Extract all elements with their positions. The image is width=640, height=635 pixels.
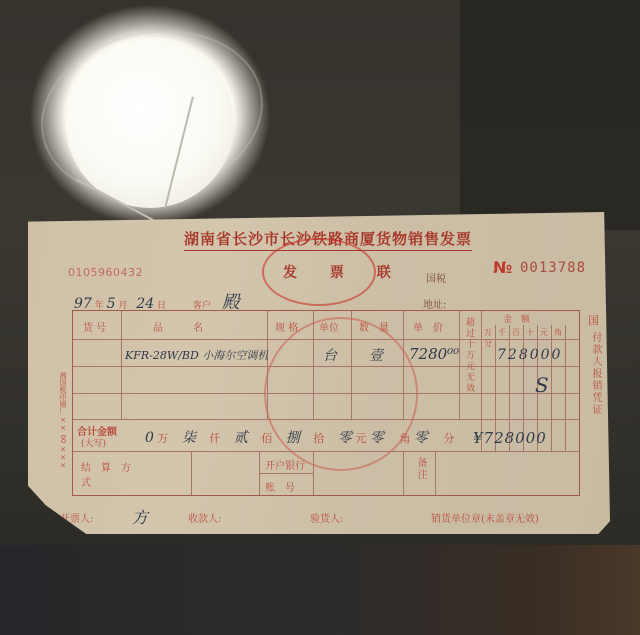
account-label: 账 号 [265, 479, 295, 494]
invoice-paper: 湖南省长沙市长沙铁路商厦货物销售发票 发 票 联 0105960432 国税 №… [28, 212, 610, 534]
amount-mark: S [535, 373, 549, 397]
total-sublabel: (大写) [81, 436, 106, 449]
invoice-table: 货 号 品 名 规 格 单位 数 量 单 价 超过十万元无效 金 额 万千百十元… [72, 310, 580, 496]
side-seal-icon: 国 [588, 312, 599, 328]
invoice-number: 0013788 [520, 260, 586, 276]
payment-method-label: 结算方式 [81, 459, 141, 489]
col-unit-price: 单 价 [413, 319, 443, 334]
table-surface [0, 545, 640, 635]
copy-label: 发 票 联 [283, 262, 405, 282]
invoice-code: 0105960432 [68, 266, 143, 279]
inspector-label: 验货人: [310, 510, 343, 525]
col-amount: 金 额 [503, 312, 530, 325]
seller-seal-label: 销货单位章(未盖章无效) [431, 510, 539, 525]
amount-digit-labels: 万千百十元角分 [484, 327, 579, 349]
col-quantity: 数 量 [359, 319, 389, 334]
item-unit-price: 7280⁰⁰ [409, 345, 459, 363]
ceiling-lamp [66, 40, 234, 208]
item-unit: 台 [323, 345, 337, 365]
number-label: № [493, 258, 512, 277]
side-note: 付款人报销凭证 [588, 332, 603, 416]
item-quantity: 壹 [369, 345, 383, 365]
item-amount: 728000 [497, 347, 562, 363]
remarks-label: 备注 [413, 457, 428, 481]
col-spec: 规 格 [275, 319, 298, 334]
col-unit: 单位 [319, 319, 339, 334]
total-numeric: ¥728000 [473, 429, 547, 447]
col-item-no: 货 号 [83, 319, 106, 334]
bank-label: 开户银行 [265, 457, 305, 472]
col-product: 品 名 [153, 319, 203, 334]
printer-code: 湘国税印刷厂 ×× 00 ××× [58, 372, 68, 470]
background-shadow [460, 0, 640, 230]
issuer-signature: 方 [132, 505, 148, 528]
tax-bureau-label: 国税 [426, 270, 446, 285]
item-product: KFR-28W/BD 小海尔空调机 [125, 347, 268, 363]
payee-label: 收款人: [188, 510, 221, 525]
total-in-words: 0 万 柒 仟 贰 佰 捌 拾 零 元 零 角 零 分 [145, 427, 454, 447]
over-limit-note: 超过十万元无效 [463, 317, 476, 394]
address-label: 地址: [423, 296, 446, 311]
